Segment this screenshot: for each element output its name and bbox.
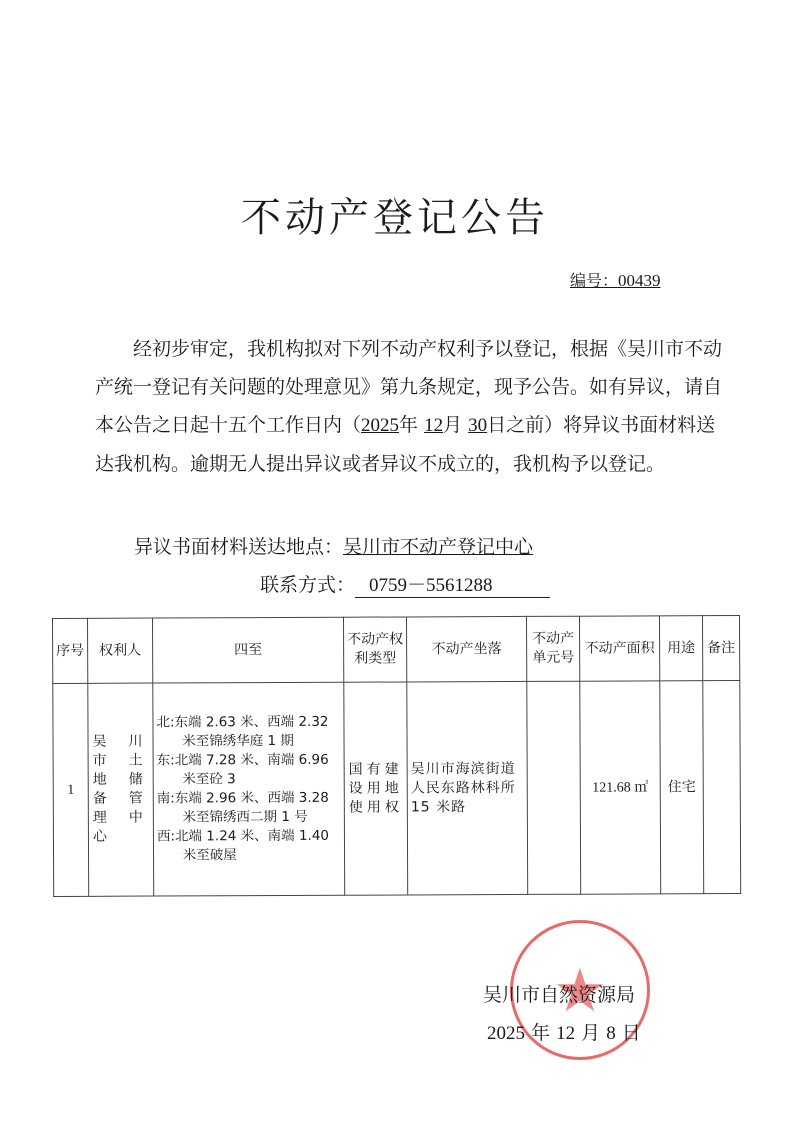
objection-address: 吴川市不动产登记中心	[343, 536, 533, 558]
contact-phone: 0759－5561288	[355, 575, 550, 598]
deadline-day: 30	[468, 415, 487, 436]
table-header-row: 序号 权利人 四至 不动产权利类型 不动产坐落 不动产单元号 不动产面积 用途 …	[53, 616, 740, 684]
notice-paragraph: 经初步审定，我机构拟对下列不动产权利予以登记，根据《吴川市不动产统一登记有关问题…	[95, 330, 725, 483]
cell-index: 1	[53, 683, 89, 896]
cell-usage: 住宅	[660, 681, 704, 894]
objection-address-line: 异议书面材料送达地点：吴川市不动产登记中心	[134, 532, 533, 559]
cell-owner: 吴川市土地储备管理中心	[88, 683, 154, 896]
table-row: 1 吴川市土地储备管理中心 北:东端 2.63 米、西端 2.32 米至锦绣华庭…	[53, 680, 741, 896]
objection-address-label: 异议书面材料送达地点：	[134, 536, 343, 558]
bound-south: 南:东端 2.96 米、西端 3.28 米至锦绣西二期 1 号	[157, 789, 341, 828]
document-number-value: 00439	[618, 271, 661, 290]
header-location: 不动产坐落	[406, 616, 526, 682]
header-bounds: 四至	[153, 617, 344, 683]
issuer-name: 吴川市自然资源局	[483, 980, 635, 1007]
header-owner: 权利人	[88, 618, 153, 683]
document-number-label: 编号：	[570, 271, 618, 290]
bound-east: 东:北端 7.28 米、南端 6.96 米至砼 3	[157, 751, 341, 790]
header-right-type: 不动产权利类型	[343, 617, 406, 682]
header-remark: 备注	[702, 616, 739, 681]
header-index: 序号	[53, 618, 88, 683]
header-area: 不动产面积	[579, 616, 659, 681]
deadline-month: 12	[424, 415, 443, 436]
cell-unit-no	[527, 681, 581, 894]
issue-date: 2025 年 12 月 8 日	[487, 1018, 641, 1045]
cell-location: 吴川市海滨街道人民东路林科所 15 米路	[407, 681, 528, 895]
header-unit-no: 不动产单元号	[526, 616, 579, 681]
deadline-year: 2025	[361, 415, 399, 436]
registration-table: 序号 权利人 四至 不动产权利类型 不动产坐落 不动产单元号 不动产面积 用途 …	[52, 615, 741, 897]
document-title: 不动产登记公告	[0, 186, 790, 243]
header-usage: 用途	[659, 616, 702, 681]
cell-area: 121.68 ㎡	[580, 681, 661, 894]
cell-remark	[703, 680, 741, 893]
contact-line: 联系方式：0759－5561288	[260, 570, 550, 598]
bound-west: 西:北端 1.24 米、南端 1.40 米至破屋	[157, 827, 341, 866]
cell-right-type: 国有建设用地使用权	[344, 682, 408, 895]
cell-bounds: 北:东端 2.63 米、西端 2.32 米至锦绣华庭 1 期 东:北端 7.28…	[153, 682, 345, 896]
document-number: 编号：00439	[570, 268, 661, 291]
contact-label: 联系方式：	[260, 574, 355, 596]
bound-north: 北:东端 2.63 米、西端 2.32 米至锦绣华庭 1 期	[156, 713, 340, 752]
